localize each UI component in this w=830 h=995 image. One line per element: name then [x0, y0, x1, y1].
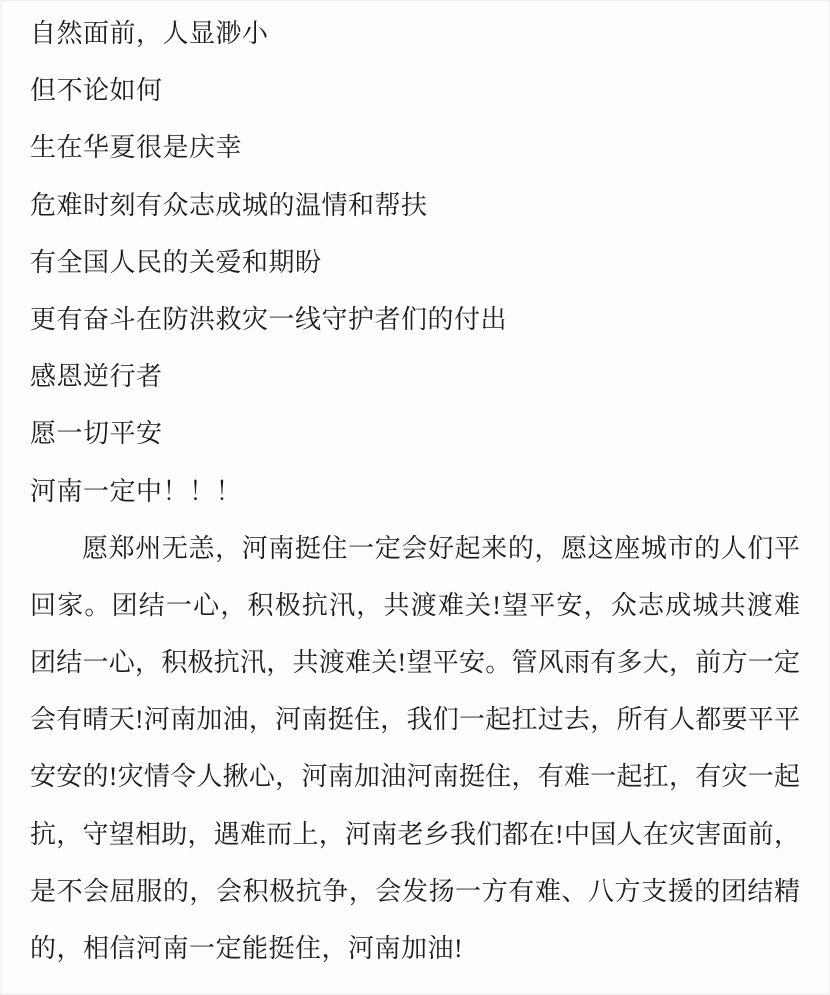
- paragraph-line: 的，相信河南一定能挺住，河南加油!: [30, 920, 800, 977]
- document-page: 自然面前，人显渺小 但不论如何 生在华夏很是庆幸 危难时刻有众志成城的温情和帮扶…: [0, 0, 830, 995]
- poem-line: 感恩逆行者: [30, 348, 800, 405]
- paragraph-line: 安安的!灾情令人揪心，河南加油河南挺住，有难一起扛，有灾一起: [30, 748, 800, 805]
- poem-line: 河南一定中！！！: [30, 463, 800, 520]
- paragraph-line: 回家。团结一心，积极抗汛，共渡难关!望平安，众志成城共渡难关，: [30, 577, 800, 634]
- poem-line: 生在华夏很是庆幸: [30, 119, 800, 176]
- paragraph-line: 团结一心，积极抗汛，共渡难关!望平安。管风雨有多大，前方一定: [30, 634, 800, 691]
- poem-line: 愿一切平安: [30, 405, 800, 462]
- poem-line: 自然面前，人显渺小: [30, 5, 800, 62]
- paragraph-line: 会有晴天!河南加油，河南挺住，我们一起扛过去，所有人都要平平: [30, 691, 800, 748]
- paragraph-line: 抗，守望相助，遇难而上，河南老乡我们都在!中国人在灾害面前，: [30, 806, 800, 863]
- poem-line: 有全国人民的关爱和期盼: [30, 234, 800, 291]
- poem-line: 危难时刻有众志成城的温情和帮扶: [30, 177, 800, 234]
- paragraph-section: 愿郑州无恙，河南挺住一定会好起来的，愿这座城市的人们平安 回家。团结一心，积极抗…: [30, 520, 800, 978]
- poem-line: 但不论如何: [30, 62, 800, 119]
- paragraph-line: 愿郑州无恙，河南挺住一定会好起来的，愿这座城市的人们平安: [30, 520, 800, 577]
- poem-section: 自然面前，人显渺小 但不论如何 生在华夏很是庆幸 危难时刻有众志成城的温情和帮扶…: [30, 5, 800, 520]
- paragraph-line: 是不会屈服的，会积极抗争，会发扬一方有难、八方支援的团结精神: [30, 863, 800, 920]
- poem-line: 更有奋斗在防洪救灾一线守护者们的付出: [30, 291, 800, 348]
